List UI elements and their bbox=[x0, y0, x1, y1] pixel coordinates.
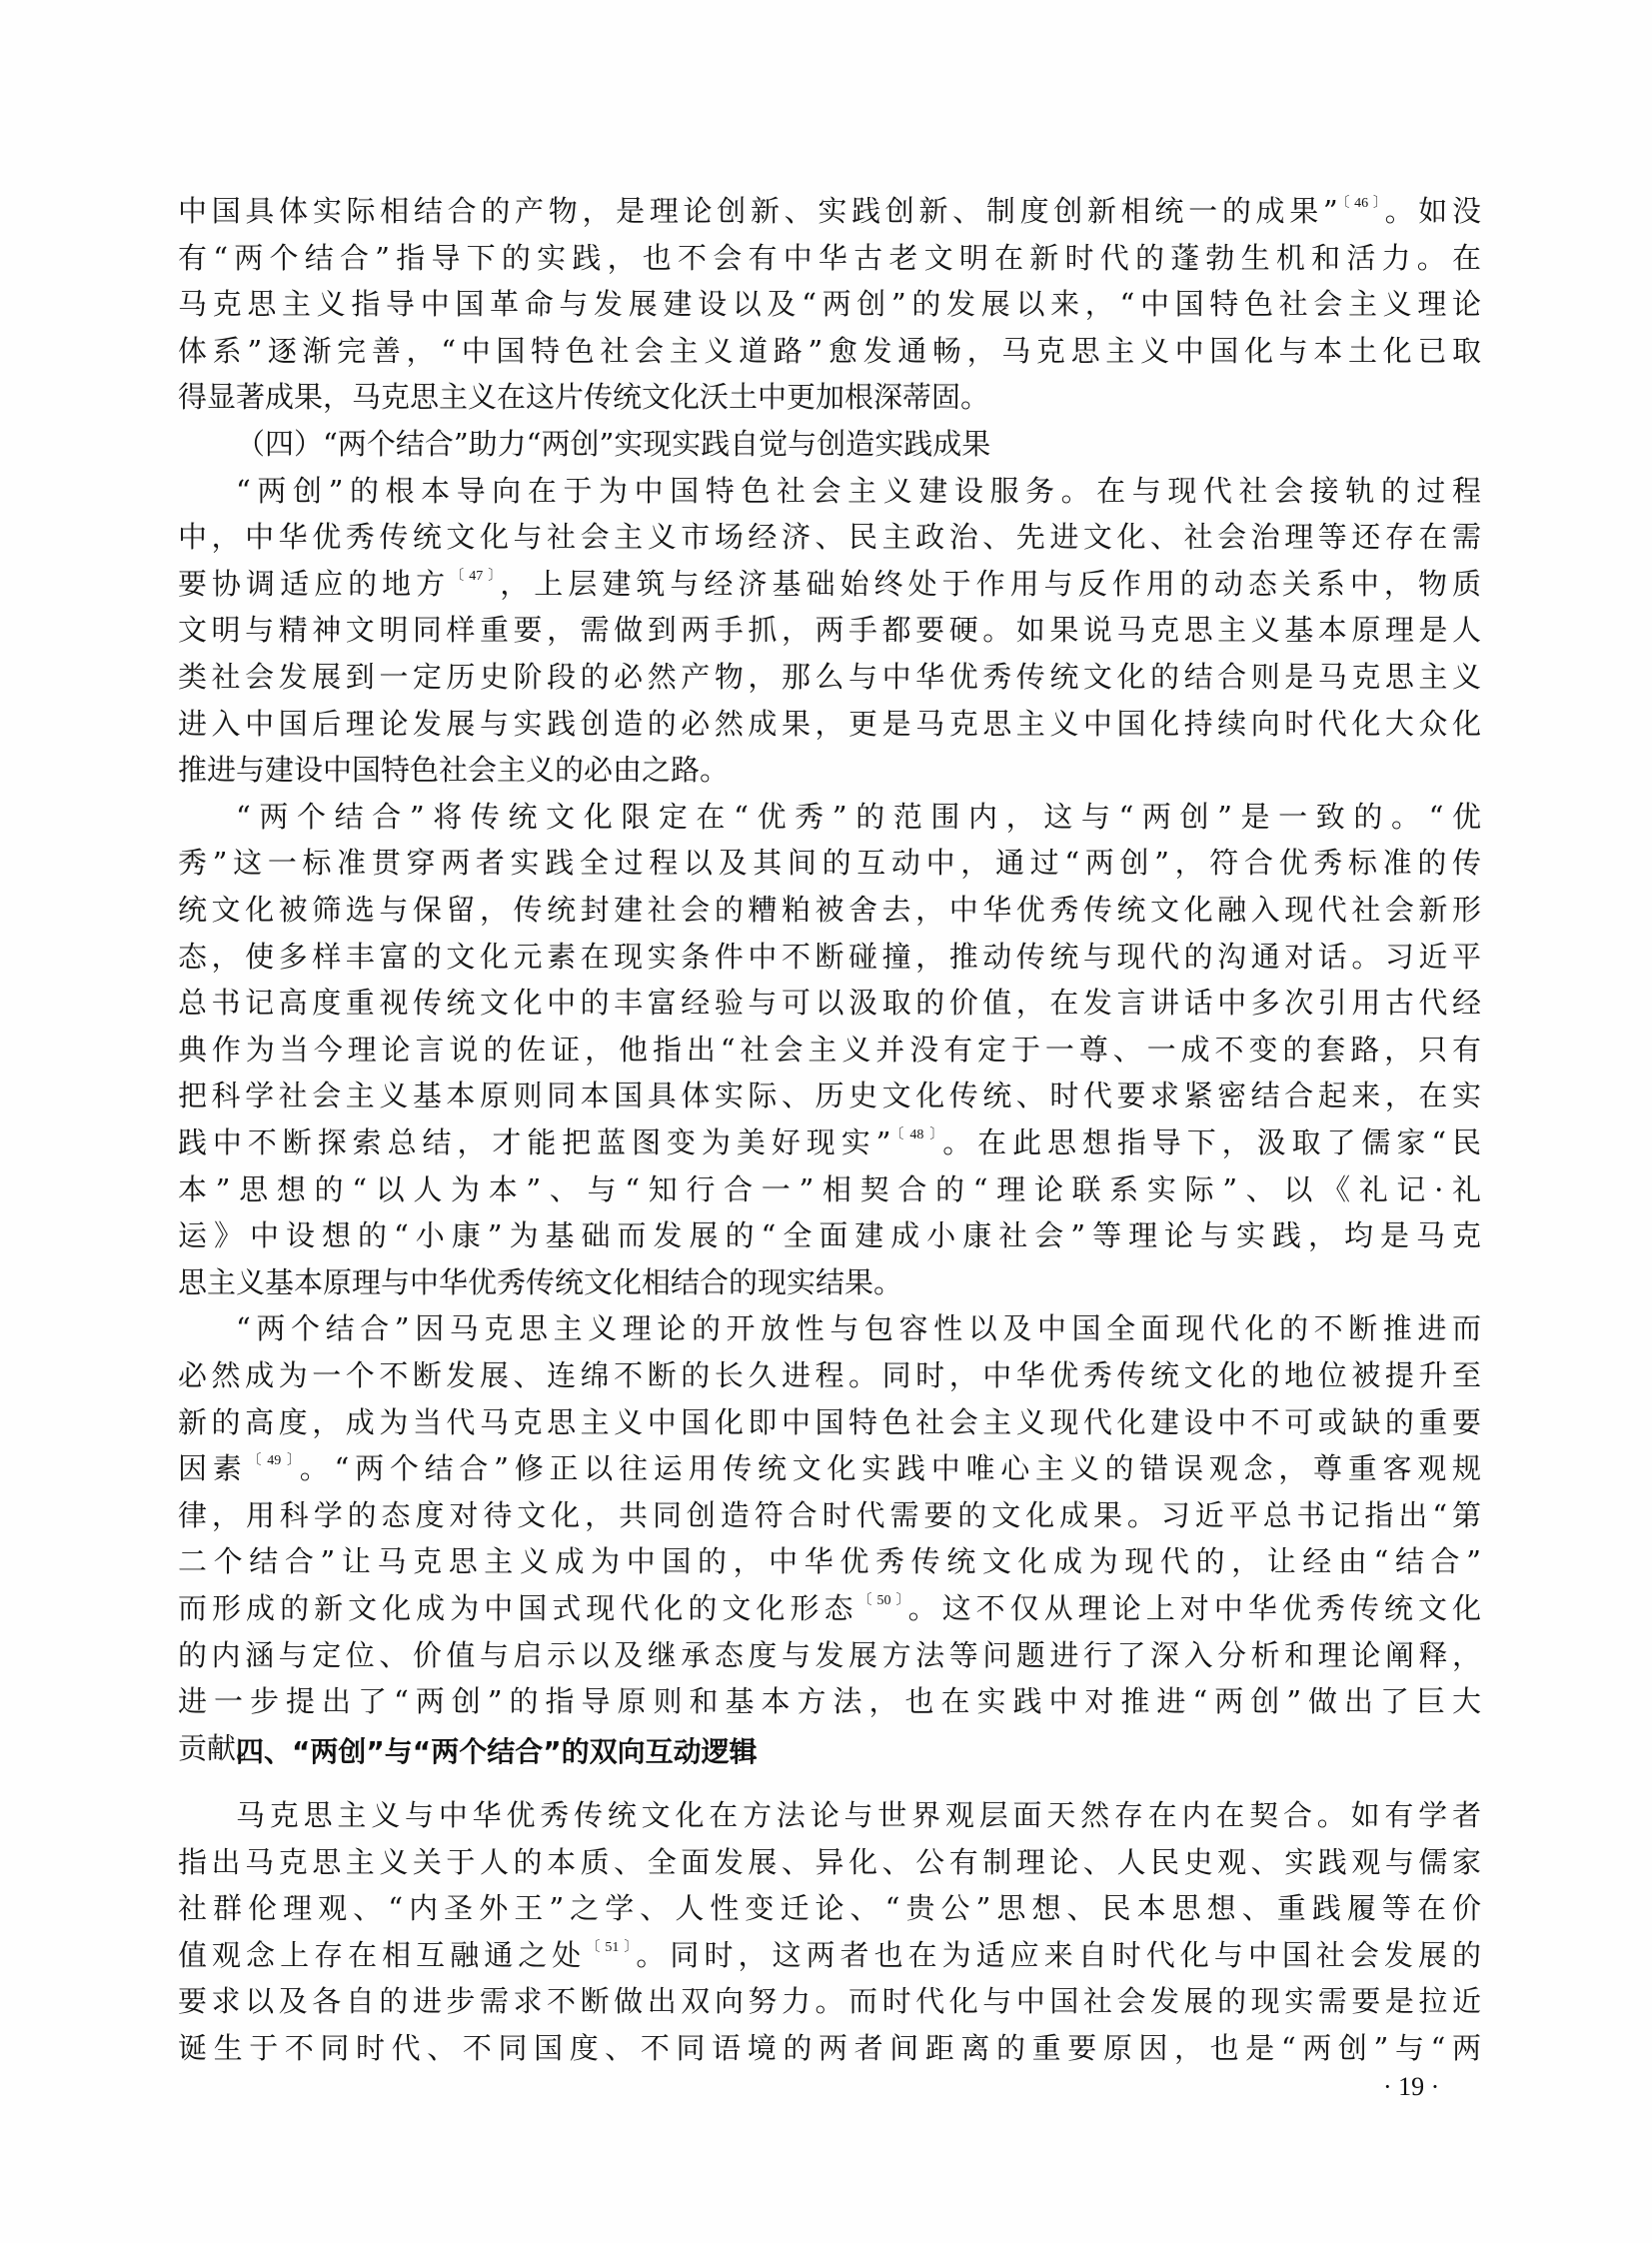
body-line: 运》中设想的“小康”为基础而发展的“全面建成小康社会”等理论与实践，均是马克 bbox=[178, 1212, 1481, 1258]
body-line: 本”思想的“以人为本”、与“知行合一”相契合的“理论联系实际”、以《礼记·礼 bbox=[178, 1166, 1481, 1212]
body-line: 典作为当今理论言说的佐证，他指出“社会主义并没有定于一尊、一成不变的套路，只有 bbox=[178, 1027, 1481, 1073]
citation-ref[interactable]: 〔48〕 bbox=[890, 1127, 942, 1142]
line-text-tail: ，上层建筑与经济基础始终处于作用与反作用的动态关系中，物质 bbox=[500, 567, 1481, 601]
body-line: 要协调适应的地方〔47〕，上层建筑与经济基础始终处于作用与反作用的动态关系中，物… bbox=[178, 561, 1481, 607]
line-text-tail: 。在此思想指导下，汲取了儒家“民 bbox=[942, 1125, 1481, 1159]
body-line: 二个结合”让马克思主义成为中国的，中华优秀传统文化成为现代的，让经由“结合” bbox=[178, 1538, 1481, 1584]
body-line: 类社会发展到一定历史阶段的必然产物，那么与中华优秀传统文化的结合则是马克思主义 bbox=[178, 654, 1481, 700]
body-line: 马克思主义与中华优秀传统文化在方法论与世界观层面天然存在内在契合。如有学者 bbox=[178, 1792, 1481, 1838]
line-text-tail: 。同时，这两者也在为适应来自时代化与中国社会发展的 bbox=[636, 1938, 1481, 1972]
line-text: 中国具体实际相结合的产物，是理论创新、实践创新、制度创新相统一的成果” bbox=[178, 194, 1338, 228]
body-line: 进入中国后理论发展与实践创造的必然成果，更是马克思主义中国化持续向时代化大众化 bbox=[178, 701, 1481, 747]
body-line: 文明与精神文明同样重要，需做到两手抓，两手都要硬。如果说马克思主义基本原理是人 bbox=[178, 607, 1481, 653]
body-line: 诞生于不同时代、不同国度、不同语境的两者间距离的重要原因，也是“两创”与“两 bbox=[178, 2025, 1481, 2071]
line-text-tail: 。“两个结合”修正以往运用传统文化实践中唯心主义的错误观念，尊重客观规 bbox=[300, 1451, 1481, 1485]
body-line: 新的高度，成为当代马克思主义中国化即中国特色社会主义现代化建设中不可或缺的重要 bbox=[178, 1399, 1481, 1445]
body-line: 指出马克思主义关于人的本质、全面发展、异化、公有制理论、人民史观、实践观与儒家 bbox=[178, 1839, 1481, 1885]
body-line: 律，用科学的态度对待文化，共同创造符合时代需要的文化成果。习近平总书记指出“第 bbox=[178, 1492, 1481, 1538]
body-line: 有“两个结合”指导下的实践，也不会有中华古老文明在新时代的蓬勃生机和活力。在 bbox=[178, 235, 1481, 281]
body-line: 态，使多样丰富的文化元素在现实条件中不断碰撞，推动传统与现代的沟通对话。习近平 bbox=[178, 934, 1481, 980]
body-line: 中国具体实际相结合的产物，是理论创新、实践创新、制度创新相统一的成果”〔46〕。… bbox=[178, 188, 1481, 234]
body-line: 把科学社会主义基本原则同本国具体实际、历史文化传统、时代要求紧密结合起来，在实 bbox=[178, 1073, 1481, 1119]
citation-ref[interactable]: 〔50〕 bbox=[858, 1593, 908, 1608]
body-line: 必然成为一个不断发展、连绵不断的长久进程。同时，中华优秀传统文化的地位被提升至 bbox=[178, 1352, 1481, 1398]
line-text: 值观念上存在相互融通之处 bbox=[178, 1938, 586, 1972]
body-line: 因素〔49〕。“两个结合”修正以往运用传统文化实践中唯心主义的错误观念，尊重客观… bbox=[178, 1445, 1481, 1491]
body-line: 的内涵与定位、价值与启示以及继承态度与发展方法等问题进行了深入分析和理论阐释， bbox=[178, 1632, 1481, 1678]
body-line: “两创”的根本导向在于为中国特色社会主义建设服务。在与现代社会接轨的过程 bbox=[178, 468, 1481, 514]
body-line: 马克思主义指导中国革命与发展建设以及“两创”的发展以来，“中国特色社会主义理论 bbox=[178, 281, 1481, 327]
body-line: 进一步提出了“两创”的指导原则和基本方法，也在实践中对推进“两创”做出了巨大 bbox=[178, 1678, 1481, 1724]
page-number: · 19 · bbox=[1383, 2069, 1439, 2105]
body-line: 社群伦理观、“内圣外王”之学、人性变迁论、“贵公”思想、民本思想、重践履等在价 bbox=[178, 1885, 1481, 1931]
body-line: 践中不断探索总结，才能把蓝图变为美好现实”〔48〕。在此思想指导下，汲取了儒家“… bbox=[178, 1120, 1481, 1165]
line-text: 因素 bbox=[178, 1451, 248, 1485]
citation-ref[interactable]: 〔46〕 bbox=[1338, 196, 1385, 211]
subsection-heading: （四）“两个结合”助力“两创”实现实践自觉与创造实践成果 bbox=[178, 421, 1481, 467]
body-line: 总书记高度重视传统文化中的丰富经验与可以汲取的价值，在发言讲话中多次引用古代经 bbox=[178, 980, 1481, 1026]
body-line: 得显著成果，马克思主义在这片传统文化沃土中更加根深蒂固。 bbox=[178, 374, 1481, 420]
line-text-tail: 。这不仅从理论上对中华优秀传统文化 bbox=[908, 1591, 1481, 1625]
line-text: 而形成的新文化成为中国式现代化的文化形态 bbox=[178, 1591, 858, 1625]
body-line: 而形成的新文化成为中国式现代化的文化形态〔50〕。这不仅从理论上对中华优秀传统文… bbox=[178, 1585, 1481, 1631]
body-line: 要求以及各自的进步需求不断做出双向努力。而时代化与中国社会发展的现实需要是拉近 bbox=[178, 1978, 1481, 2024]
line-text-tail: 。如没 bbox=[1385, 194, 1481, 228]
body-line: 值观念上存在相互融通之处〔51〕。同时，这两者也在为适应来自时代化与中国社会发展… bbox=[178, 1932, 1481, 1978]
body-line: “两个结合”因马克思主义理论的开放性与包容性以及中国全面现代化的不断推进而 bbox=[178, 1305, 1481, 1351]
body-line: “两个结合”将传统文化限定在“优秀”的范围内，这与“两创”是一致的。“优 bbox=[178, 794, 1481, 840]
citation-ref[interactable]: 〔51〕 bbox=[586, 1940, 636, 1955]
citation-ref[interactable]: 〔47〕 bbox=[450, 569, 500, 584]
body-line: 体系”逐渐完善，“中国特色社会主义道路”愈发通畅，马克思主义中国化与本土化已取 bbox=[178, 328, 1481, 374]
body-line: 推进与建设中国特色社会主义的必由之路。 bbox=[178, 747, 1481, 793]
section-heading: 四、“两创”与“两个结合”的双向互动逻辑 bbox=[236, 1732, 758, 1772]
journal-page: 中国具体实际相结合的产物，是理论创新、实践创新、制度创新相统一的成果”〔46〕。… bbox=[0, 0, 1652, 2243]
body-line: 统文化被筛选与保留，传统封建社会的糟粕被舍去，中华优秀传统文化融入现代社会新形 bbox=[178, 887, 1481, 933]
line-text: 要协调适应的地方 bbox=[178, 567, 450, 601]
citation-ref[interactable]: 〔49〕 bbox=[248, 1453, 300, 1468]
line-text: 践中不断探索总结，才能把蓝图变为美好现实” bbox=[178, 1125, 890, 1159]
body-line: 秀”这一标准贯穿两者实践全过程以及其间的互动中，通过“两创”，符合优秀标准的传 bbox=[178, 840, 1481, 886]
body-line: 中，中华优秀传统文化与社会主义市场经济、民主政治、先进文化、社会治理等还存在需 bbox=[178, 514, 1481, 560]
body-line: 思主义基本原理与中华优秀传统文化相结合的现实结果。 bbox=[178, 1259, 1481, 1305]
